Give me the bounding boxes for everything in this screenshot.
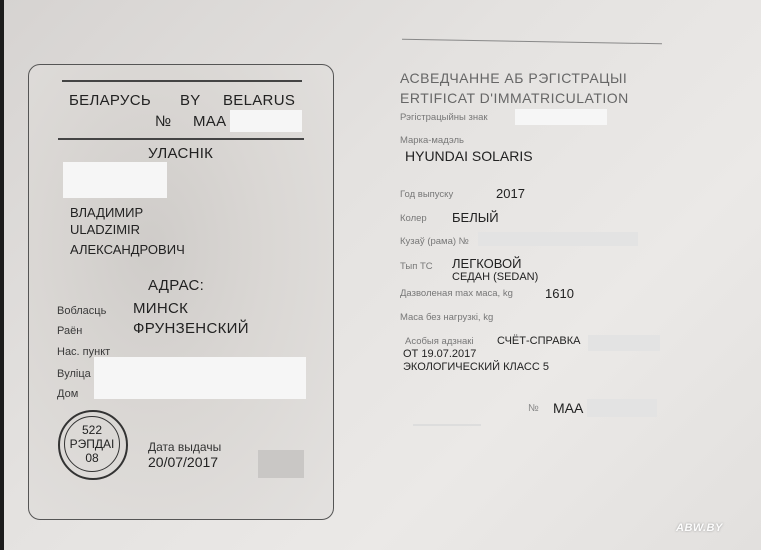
body-label: Кузаў (рама) № xyxy=(400,236,469,247)
registration-stamp: 522 РЭПДАІ 08 xyxy=(58,410,128,480)
year-value: 2017 xyxy=(496,186,525,201)
notes-line1: СЧЁТ-СПРАВКА xyxy=(497,335,581,347)
notes-line2: ОТ 19.07.2017 xyxy=(403,348,476,360)
reg-sign-label: Рэгістрацыйны знак xyxy=(400,112,488,123)
redacted-street-house xyxy=(94,357,306,399)
issue-date-label: Дата выдачы xyxy=(148,440,221,454)
year-label: Год выпуску xyxy=(400,189,453,200)
empty-mass-label: Маса без нагрузкі, kg xyxy=(400,312,493,323)
title-be: АСВЕДЧАННЕ АБ РЭГІСТРАЦЫІ xyxy=(400,70,627,86)
top-rule xyxy=(402,39,662,45)
country-code: BY xyxy=(180,92,201,109)
make-model: HYUNDAI SOLARIS xyxy=(405,148,533,164)
stamp-bottom: 08 xyxy=(85,451,98,465)
first-name-lat: ULADZIMIR xyxy=(70,222,140,237)
type-line2: СЕДАН (SEDAN) xyxy=(452,271,538,283)
color-label: Колер xyxy=(400,213,427,224)
fine-print xyxy=(413,424,481,426)
issue-date: 20/07/2017 xyxy=(148,454,218,470)
house-label: Дом xyxy=(57,388,78,400)
redacted-surname xyxy=(63,162,167,198)
right-series: MAA xyxy=(553,400,583,416)
type-line1: ЛЕГКОВОЙ xyxy=(452,256,521,271)
photo-edge xyxy=(0,0,4,550)
doc-series: MAA xyxy=(193,113,226,130)
header-rule-bottom xyxy=(58,138,304,140)
redacted-reg-sign xyxy=(515,109,607,125)
redacted-invoice-number xyxy=(588,335,660,351)
hologram-patch xyxy=(258,450,304,478)
notes-label: Асобыя адзнакі xyxy=(405,336,474,347)
title-fr: ERTIFICAT D'IMMATRICULATION xyxy=(400,90,629,106)
notes-line3: ЭКОЛОГИЧЕСКИЙ КЛАСС 5 xyxy=(403,361,549,373)
first-name-ru: ВЛАДИМИР xyxy=(70,205,143,220)
redacted-right-number xyxy=(587,399,657,417)
max-mass-value: 1610 xyxy=(545,286,574,301)
right-number-prefix: № xyxy=(528,403,539,414)
region-value: МИНСК xyxy=(133,300,188,317)
watermark-logo: ABW.BY xyxy=(676,522,723,534)
make-model-label: Марка-мадэль xyxy=(400,135,464,146)
region-label: Вобласць xyxy=(57,305,106,317)
header-rule-top xyxy=(62,80,302,82)
stamp-middle: РЭПДАІ xyxy=(70,437,115,451)
max-mass-label: Дазволеная max маса, kg xyxy=(400,288,513,299)
street-label: Вуліца xyxy=(57,368,91,380)
stamp-top: 522 xyxy=(82,423,102,437)
country-be: БЕЛАРУСЬ xyxy=(69,92,151,109)
redacted-body-number xyxy=(478,232,638,246)
patronymic: АЛЕКСАНДРОВИЧ xyxy=(70,242,185,257)
address-heading: АДРАС: xyxy=(148,277,204,294)
color-value: БЕЛЫЙ xyxy=(452,210,499,225)
district-value: ФРУНЗЕНСКИЙ xyxy=(133,320,249,337)
country-en: BELARUS xyxy=(223,92,295,109)
number-prefix: № xyxy=(155,113,171,130)
owner-heading: УЛАСНІК xyxy=(148,145,213,162)
type-label: Тып ТС xyxy=(400,261,433,272)
redacted-doc-number xyxy=(230,110,302,132)
district-label: Раён xyxy=(57,325,82,337)
